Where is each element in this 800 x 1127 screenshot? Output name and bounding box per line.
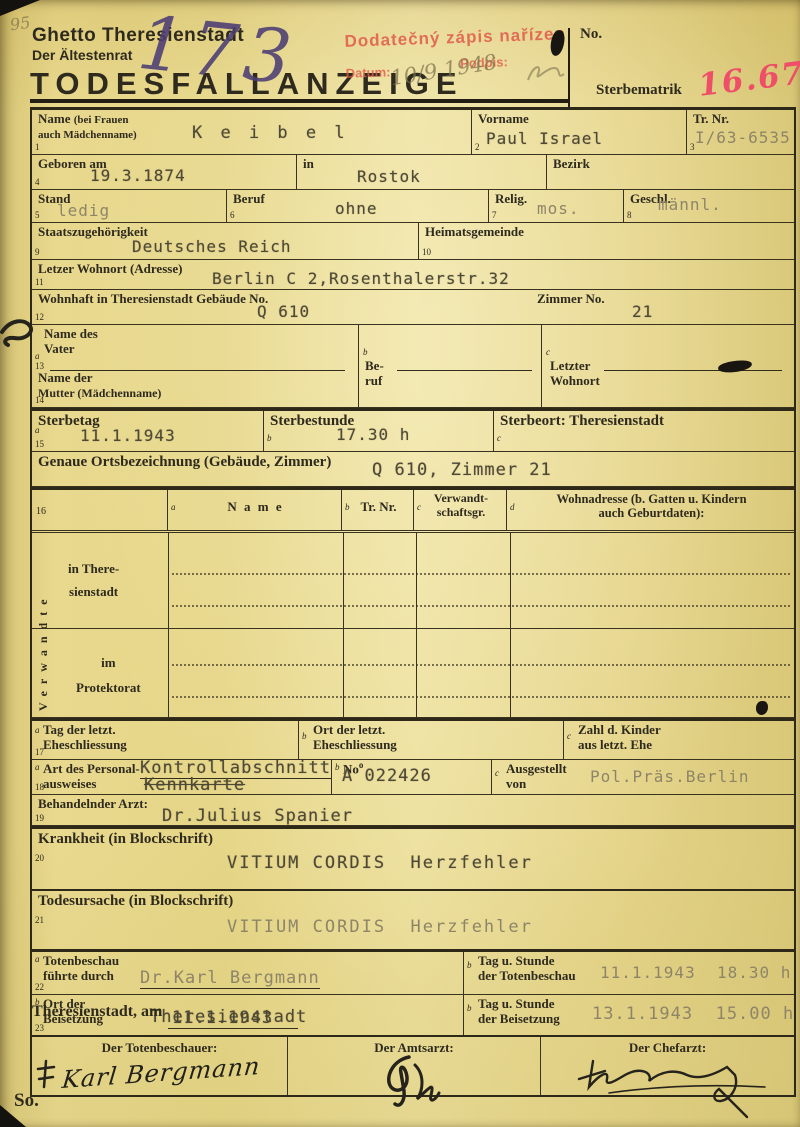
field-geschl: Geschl. 8 männl. — [624, 190, 794, 222]
in-value: Rostok — [357, 167, 421, 186]
beisetzung-zeit-label1: Tag u. Stunde — [478, 996, 554, 1011]
group-theresienstadt-label: in There-sienstadt — [68, 557, 119, 604]
field-marker: a — [35, 954, 40, 964]
beruf-value: ohne — [335, 199, 378, 218]
field-trnr: Tr. Nr. 3 I/63-6535 — [687, 110, 794, 154]
vorname-value: Paul Israel — [486, 129, 603, 148]
relatives-num-cell: 16 — [32, 490, 168, 530]
col-line — [343, 533, 344, 717]
vorname-label: Vorname — [478, 112, 682, 127]
field-geboren-in: in Rostok — [297, 155, 547, 189]
field-number: 22 — [35, 982, 44, 992]
relatives-body: Verwandte in There-sienstadt imProtektor… — [32, 533, 794, 717]
beruf-eltern-line — [397, 370, 532, 371]
row-geboren: Geboren am 4 19.3.1874 in Rostok Bezirk — [32, 155, 794, 190]
org-subname: Der Ältestenrat — [32, 47, 132, 63]
ausgestellt-value: Pol.Präs.Berlin — [590, 767, 750, 786]
row-ortsbezeichnung: Genaue Ortsbezeichnung (Gebäude, Zimmer)… — [32, 452, 794, 487]
field-number: 2 — [475, 142, 480, 152]
relatives-col-verwandt: c Verwandt-schaftsgr. — [414, 490, 507, 530]
stamp-podpis-signature — [520, 58, 570, 88]
row-stand: Stand 5 ledig Beruf 6 ohne Relig. 7 mos.… — [32, 190, 794, 223]
letztwohnort-label1: Letzter — [550, 358, 590, 373]
arzt-value: Dr.Julius Spanier — [162, 806, 353, 827]
relatives-col-trnr: b Tr. Nr. — [342, 490, 414, 530]
ortsbezeichnung-value: Q 610, Zimmer 21 — [372, 460, 552, 480]
letztwohnort-label2: Wohnort — [550, 373, 600, 388]
field-parents-wohnort: c LetzterWohnort — [542, 325, 794, 407]
col-marker: b — [345, 502, 350, 512]
krankheit-value: VITIUM CORDIS Herzfehler — [227, 853, 533, 873]
row-name: Name (bei Frauenauch Mädchenname) 1 K e … — [32, 110, 794, 155]
col-trnr-label: Tr. Nr. — [348, 500, 409, 515]
relatives-table: 16 a N a m e b Tr. Nr. c Verwandt-schaft… — [32, 487, 794, 718]
field-sterbetag: Sterbetag a 15 11.1.1943 — [32, 411, 264, 451]
col-line — [510, 533, 511, 717]
field-number: 23 — [35, 1023, 44, 1033]
mutter-label2: Mutter (Mädchenname) — [38, 386, 161, 400]
totenbeschau-value: Dr.Karl Bergmann — [140, 968, 320, 989]
field-sterbestunde: Sterbestunde b 17.30 h — [264, 411, 494, 451]
field-parents-names: Name desVater a 13 Name derMutter (Mädch… — [32, 325, 359, 407]
handwritten-number-ink: 173 — [134, 0, 301, 102]
bezirk-label: Bezirk — [553, 157, 790, 172]
field-beruf: Beruf 6 ohne — [227, 190, 489, 222]
field-krankheit: Krankheit (in Blockschrift) 20 VITIUM CO… — [32, 829, 794, 889]
vater-label1: Name des — [44, 326, 98, 341]
kinder-label1: Zahl d. Kinder — [578, 722, 661, 737]
field-number: 5 — [35, 210, 40, 220]
field-marker: b — [363, 347, 368, 357]
margin-ink-mark — [0, 312, 40, 348]
totenbeschau-label1: Totenbeschau — [43, 953, 119, 968]
footer-date: 11.1.1943 — [172, 1008, 273, 1028]
beruf-eltern-label1: Be- — [365, 358, 384, 373]
field-marker: b — [267, 433, 272, 443]
in-label: in — [303, 157, 542, 172]
col-verwandt-label1: Verwandt- — [434, 491, 488, 505]
stamp-line1: Dodatečný zápis nařízen — [344, 24, 566, 52]
write-line — [172, 573, 790, 575]
ehe-tag-label1: Tag der letzt. — [43, 722, 116, 737]
field-staat: Staatszugehörigkeit 9 Deutsches Reich — [32, 223, 419, 259]
field-heimat: Heimatsgemeinde 10 — [419, 223, 794, 259]
field-parents-beruf: b Be-ruf — [359, 325, 542, 407]
field-totenbeschau: a Totenbeschauführte durch 22 Dr.Karl Be… — [32, 952, 464, 994]
relatives-side-label: Verwandte — [36, 551, 51, 711]
field-number: 18 — [35, 782, 44, 792]
vater-line — [50, 370, 345, 371]
signature-box: Der Totenbeschauer: Karl Bergmann Der Am… — [30, 1035, 796, 1097]
field-number: 4 — [35, 177, 40, 187]
field-marker: a — [35, 351, 40, 361]
field-ausweis-no: b Noo A 022426 — [332, 760, 492, 794]
title-underline — [30, 99, 568, 103]
heimat-label: Heimatsgemeinde — [425, 225, 790, 240]
kinder-label2: aus letzt. Ehe — [578, 737, 652, 752]
trnr-value: I/63-6535 — [695, 128, 791, 147]
stamp-datum-label: Datum: — [345, 64, 390, 81]
field-sterbeort: Sterbeort: Theresienstadt c — [494, 411, 794, 451]
sterbeort-label: Sterbeort: Theresienstadt — [500, 413, 790, 430]
ausweis-label2: ausweises — [43, 776, 96, 791]
field-number: 7 — [492, 210, 497, 220]
field-number: 1 — [35, 142, 40, 152]
ehe-tag-label2: Eheschliessung — [43, 737, 127, 752]
todesursache-value: VITIUM CORDIS Herzfehler — [227, 917, 533, 937]
row-eheschliessung: a Tag der letzt.Eheschliessung 17 b Ort … — [32, 718, 794, 760]
field-marker: c — [567, 731, 571, 741]
sig-amtsarzt-signature — [373, 1051, 463, 1111]
geboren-value: 19.3.1874 — [90, 166, 186, 185]
field-number: 10 — [422, 247, 431, 257]
gebaeude-label: Wohnhaft in Theresienstadt Gebäude No. — [38, 292, 790, 307]
sig-totenbeschauer-signature: Karl Bergmann — [61, 1052, 262, 1094]
arzt-label: Behandelnder Arzt: — [38, 797, 790, 812]
pencil-page-number: 95 — [9, 13, 32, 35]
field-marker: a — [35, 725, 40, 735]
ausweis-no-value: A 022426 — [342, 766, 432, 786]
field-number: 17 — [35, 747, 44, 757]
sterbematrik-number: 16.673 — [696, 52, 800, 104]
form-body: Name (bei Frauenauch Mädchenname) 1 K e … — [30, 107, 796, 1037]
sig-totenbeschauer: Der Totenbeschauer: Karl Bergmann — [32, 1037, 288, 1095]
relatives-header: 16 a N a m e b Tr. Nr. c Verwandt-schaft… — [32, 490, 794, 533]
field-marker: c — [546, 347, 550, 357]
field-ortsbezeichnung: Genaue Ortsbezeichnung (Gebäude, Zimmer)… — [32, 452, 794, 486]
ehe-ort-label1: Ort der letzt. — [313, 722, 385, 737]
field-geboren: Geboren am 4 19.3.1874 — [32, 155, 297, 189]
field-number: 13 — [35, 361, 44, 371]
field-number: 20 — [35, 853, 44, 863]
field-vorname: Vorname 2 Paul Israel — [472, 110, 687, 154]
name-label: Name — [38, 111, 71, 126]
col-name-label: N a m e — [174, 500, 337, 515]
field-marker: a — [35, 762, 40, 772]
field-relig: Relig. 7 mos. — [489, 190, 624, 222]
zimmer-value: 21 — [632, 302, 653, 321]
field-todesursache: Todesursache (in Blockschrift) 21 VITIUM… — [32, 891, 794, 949]
col-marker: d — [510, 502, 515, 512]
relatives-col-name: a N a m e — [168, 490, 342, 530]
row-sterbetag: Sterbetag a 15 11.1.1943 Sterbestunde b … — [32, 408, 794, 452]
wohnort-value: Berlin C 2,Rosenthalerstr.32 — [212, 269, 510, 288]
name-label-sub1: (bei Frauen — [74, 114, 129, 126]
no-label: No. — [580, 26, 602, 43]
write-line — [172, 664, 790, 666]
row-wohnort: Letzer Wohnort (Adresse) 11 Berlin C 2,R… — [32, 260, 794, 290]
krankheit-label: Krankheit (in Blockschrift) — [38, 831, 790, 848]
field-number: 19 — [35, 813, 44, 823]
group-protektorat-label: imProtektorat — [76, 651, 141, 700]
field-kinder: c Zahl d. Kinderaus letzt. Ehe — [564, 721, 794, 759]
name-value: K e i b e l — [192, 123, 349, 143]
field-number: 11 — [35, 277, 44, 287]
field-marker: c — [495, 768, 499, 778]
field-beisetzung-zeit: b Tag u. Stundeder Beisetzung 13.1.1943 … — [464, 995, 794, 1035]
field-number: 14 — [35, 395, 44, 405]
sterbetag-value: 11.1.1943 — [80, 426, 176, 445]
row-totenbeschau: a Totenbeschauführte durch 22 Dr.Karl Be… — [32, 952, 794, 995]
field-marker: b — [467, 1003, 472, 1013]
field-marker: b — [302, 731, 307, 741]
field-ausweis: a Art des Personal-ausweises 18 Kontroll… — [32, 760, 332, 794]
ausweis-label1: Art des Personal- — [43, 761, 140, 776]
beisetzung-zeit-label2: der Beisetzung — [478, 1011, 560, 1026]
col-verwandt-label2: schaftsgr. — [437, 505, 486, 519]
totenbeschau-label2: führte durch — [43, 968, 114, 983]
sig-amtsarzt: Der Amtsarzt: — [288, 1037, 541, 1095]
row-krankheit: Krankheit (in Blockschrift) 20 VITIUM CO… — [32, 826, 794, 891]
ausgestellt-label1: Ausgestellt — [506, 761, 567, 776]
field-arzt: Behandelnder Arzt: 19 Dr.Julius Spanier — [32, 795, 794, 825]
footer-date-line — [168, 1028, 298, 1029]
vater-label2: Vater — [44, 341, 75, 356]
ausgestellt-label2: von — [506, 776, 526, 791]
ausweis-value2: Kennkarte — [144, 775, 245, 795]
col-line — [168, 533, 169, 717]
ink-blot-parents — [718, 359, 753, 373]
row-todesursache: Todesursache (in Blockschrift) 21 VITIUM… — [32, 891, 794, 952]
field-number: 8 — [627, 210, 632, 220]
field-number: 3 — [690, 142, 695, 152]
relatives-col-wohnadresse: d Wohnadresse (b. Gatten u. Kindernauch … — [507, 490, 794, 530]
group-divider — [168, 628, 794, 629]
sig-chefarzt-signature — [569, 1053, 779, 1121]
field-gebaeude: Wohnhaft in Theresienstadt Gebäude No. 1… — [32, 290, 794, 324]
row-arzt: Behandelnder Arzt: 19 Dr.Julius Spanier — [32, 795, 794, 826]
col-wohnadresse-label2: auch Geburtdaten): — [599, 506, 705, 520]
footer-place: Theresienstadt, am — [32, 1003, 162, 1021]
field-marker: a — [35, 425, 40, 435]
write-line — [172, 696, 790, 698]
sig-chefarzt: Der Chefarzt: — [541, 1037, 794, 1095]
write-line — [172, 605, 790, 607]
letztwohnort-line — [604, 370, 782, 371]
field-stand: Stand 5 ledig — [32, 190, 227, 222]
ink-blot-table — [756, 701, 768, 715]
header-divider — [568, 28, 570, 107]
field-bezirk: Bezirk — [547, 155, 794, 189]
zimmer-label: Zimmer No. — [537, 292, 605, 307]
col-marker: a — [171, 502, 176, 512]
geschl-value: männl. — [658, 195, 722, 214]
sterbematrik-label: Sterbematrik — [596, 82, 682, 99]
name-label-sub2: auch Mädchenname) — [38, 129, 137, 141]
field-marker: b — [335, 762, 340, 772]
field-marker: c — [497, 433, 501, 443]
col-marker: c — [417, 502, 421, 512]
field-ausgestellt: c Ausgestelltvon Pol.Präs.Berlin — [492, 760, 794, 794]
field-totenbeschau-zeit: b Tag u. Stundeder Totenbeschau 11.1.194… — [464, 952, 794, 994]
col-wohnadresse-label1: Wohnadresse (b. Gatten u. Kindern — [556, 492, 746, 506]
document-sheet: 95 Ghetto Theresienstadt Der Ältestenrat… — [0, 0, 800, 1127]
beruf-eltern-label2: ruf — [365, 373, 382, 388]
beisetzung-zeit-value: 13.1.1943 15.00 h — [592, 1004, 794, 1024]
relig-value: mos. — [537, 199, 580, 218]
row-parents: Name desVater a 13 Name derMutter (Mädch… — [32, 325, 794, 408]
field-number: 6 — [230, 210, 235, 220]
staat-value: Deutsches Reich — [132, 237, 292, 256]
field-name: Name (bei Frauenauch Mädchenname) 1 K e … — [32, 110, 472, 154]
sterbestunde-value: 17.30 h — [336, 425, 410, 444]
field-marker: b — [467, 960, 472, 970]
ehe-ort-label2: Eheschliessung — [313, 737, 397, 752]
mutter-label1: Name der — [38, 370, 93, 385]
bottom-code: So. — [14, 1090, 39, 1112]
trnr-label: Tr. Nr. — [693, 112, 790, 127]
field-wohnort: Letzer Wohnort (Adresse) 11 Berlin C 2,R… — [32, 260, 794, 289]
field-ehe-ort: b Ort der letzt.Eheschliessung — [299, 721, 564, 759]
field-number: 9 — [35, 247, 40, 257]
sig-totenbeschauer-mark — [34, 1057, 60, 1091]
group-divider — [32, 628, 168, 629]
row-gebaeude: Wohnhaft in Theresienstadt Gebäude No. 1… — [32, 290, 794, 325]
stand-value: ledig — [57, 201, 110, 220]
field-number: 15 — [35, 439, 44, 449]
totenbeschau-zeit-label2: der Totenbeschau — [478, 968, 576, 983]
row-staat: Staatszugehörigkeit 9 Deutsches Reich He… — [32, 223, 794, 260]
totenbeschau-zeit-value: 11.1.1943 18.30 h — [600, 963, 791, 982]
gebaeude-value: Q 610 — [257, 302, 310, 321]
col-line — [416, 533, 417, 717]
totenbeschau-zeit-label1: Tag u. Stunde — [478, 953, 554, 968]
row-ausweis: a Art des Personal-ausweises 18 Kontroll… — [32, 760, 794, 795]
field-number: 16 — [36, 506, 46, 517]
field-ehe-tag: a Tag der letzt.Eheschliessung 17 — [32, 721, 299, 759]
todesursache-label: Todesursache (in Blockschrift) — [38, 893, 790, 910]
field-number: 21 — [35, 915, 44, 925]
